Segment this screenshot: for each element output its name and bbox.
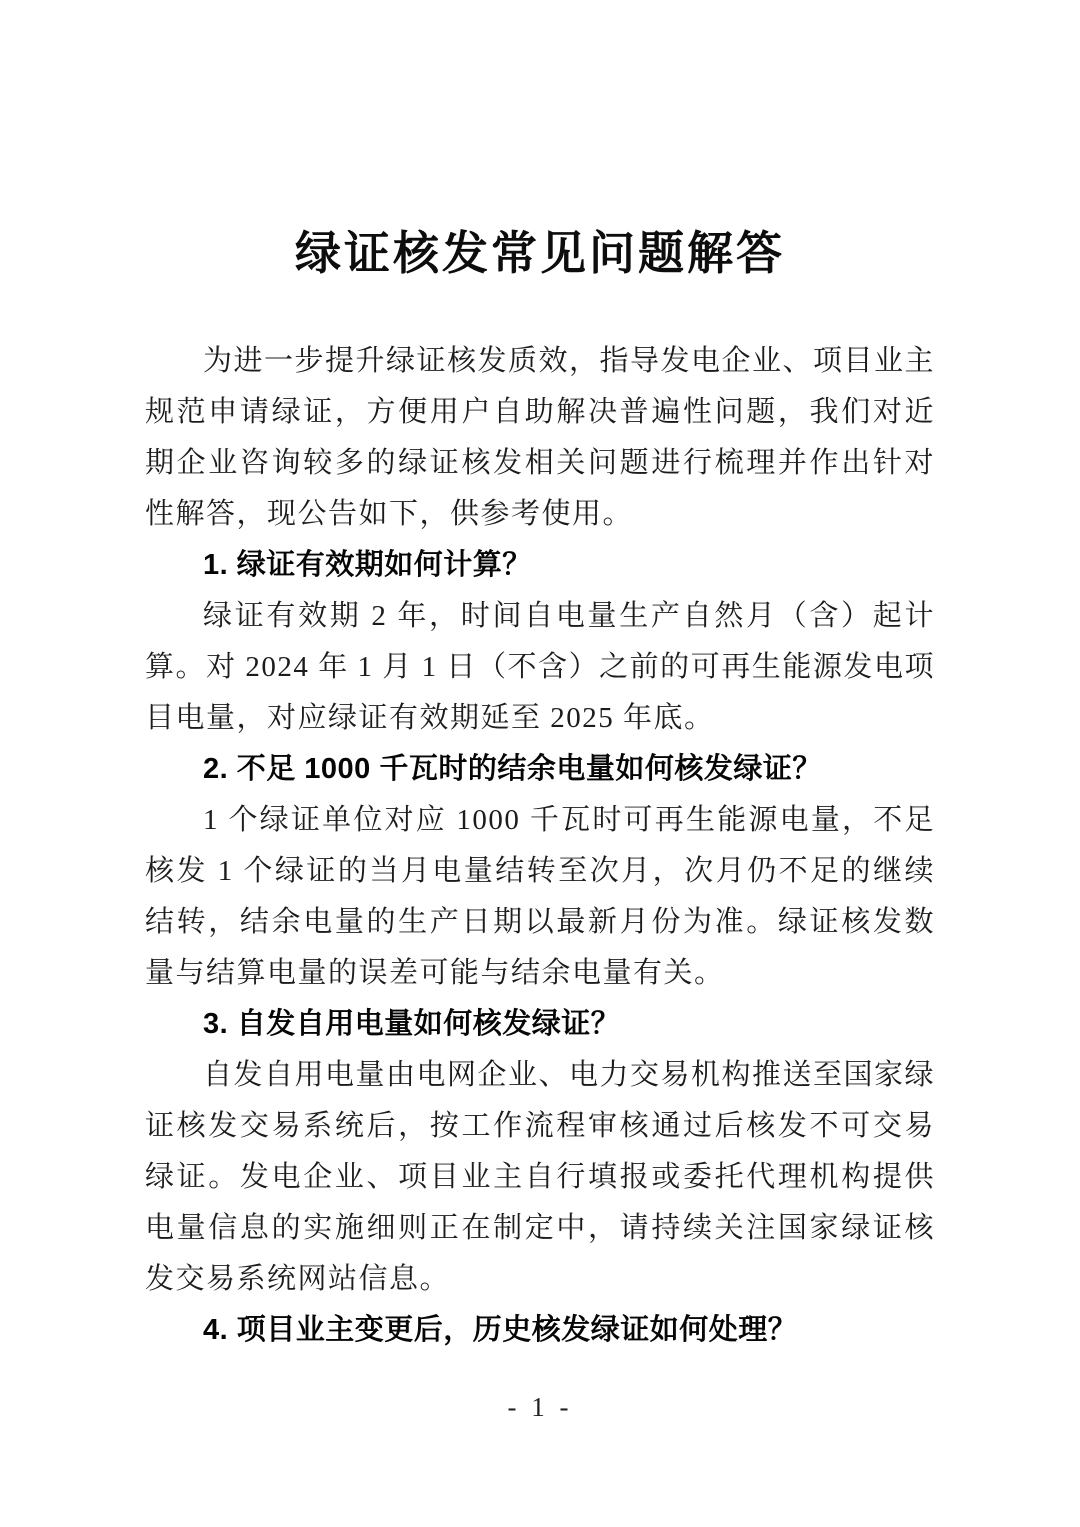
- faq-question: 3. 自发自用电量如何核发绿证？: [145, 999, 935, 1050]
- intro-paragraph: 为进一步提升绿证核发质效，指导发电企业、项目业主规范申请绿证，方便用户自助解决普…: [145, 336, 935, 540]
- page-number: - 1 -: [0, 1392, 1080, 1423]
- faq-answer: 自发自用电量由电网企业、电力交易机构推送至国家绿证核发交易系统后，按工作流程审核…: [145, 1050, 935, 1305]
- faq-list: 1. 绿证有效期如何计算？绿证有效期 2 年，时间自电量生产自然月（含）起计算。…: [145, 540, 935, 1356]
- document-content: 绿证核发常见问题解答 为进一步提升绿证核发质效，指导发电企业、项目业主规范申请绿…: [145, 222, 935, 1356]
- document-title: 绿证核发常见问题解答: [145, 222, 935, 286]
- faq-answer: 绿证有效期 2 年，时间自电量生产自然月（含）起计算。对 2024 年 1 月 …: [145, 591, 935, 744]
- faq-answer: 1 个绿证单位对应 1000 千瓦时可再生能源电量，不足核发 1 个绿证的当月电…: [145, 795, 935, 999]
- faq-question: 4. 项目业主变更后，历史核发绿证如何处理？: [145, 1305, 935, 1356]
- faq-question: 1. 绿证有效期如何计算？: [145, 540, 935, 591]
- faq-question: 2. 不足 1000 千瓦时的结余电量如何核发绿证？: [145, 744, 935, 795]
- document-page: 绿证核发常见问题解答 为进一步提升绿证核发质效，指导发电企业、项目业主规范申请绿…: [0, 0, 1080, 1527]
